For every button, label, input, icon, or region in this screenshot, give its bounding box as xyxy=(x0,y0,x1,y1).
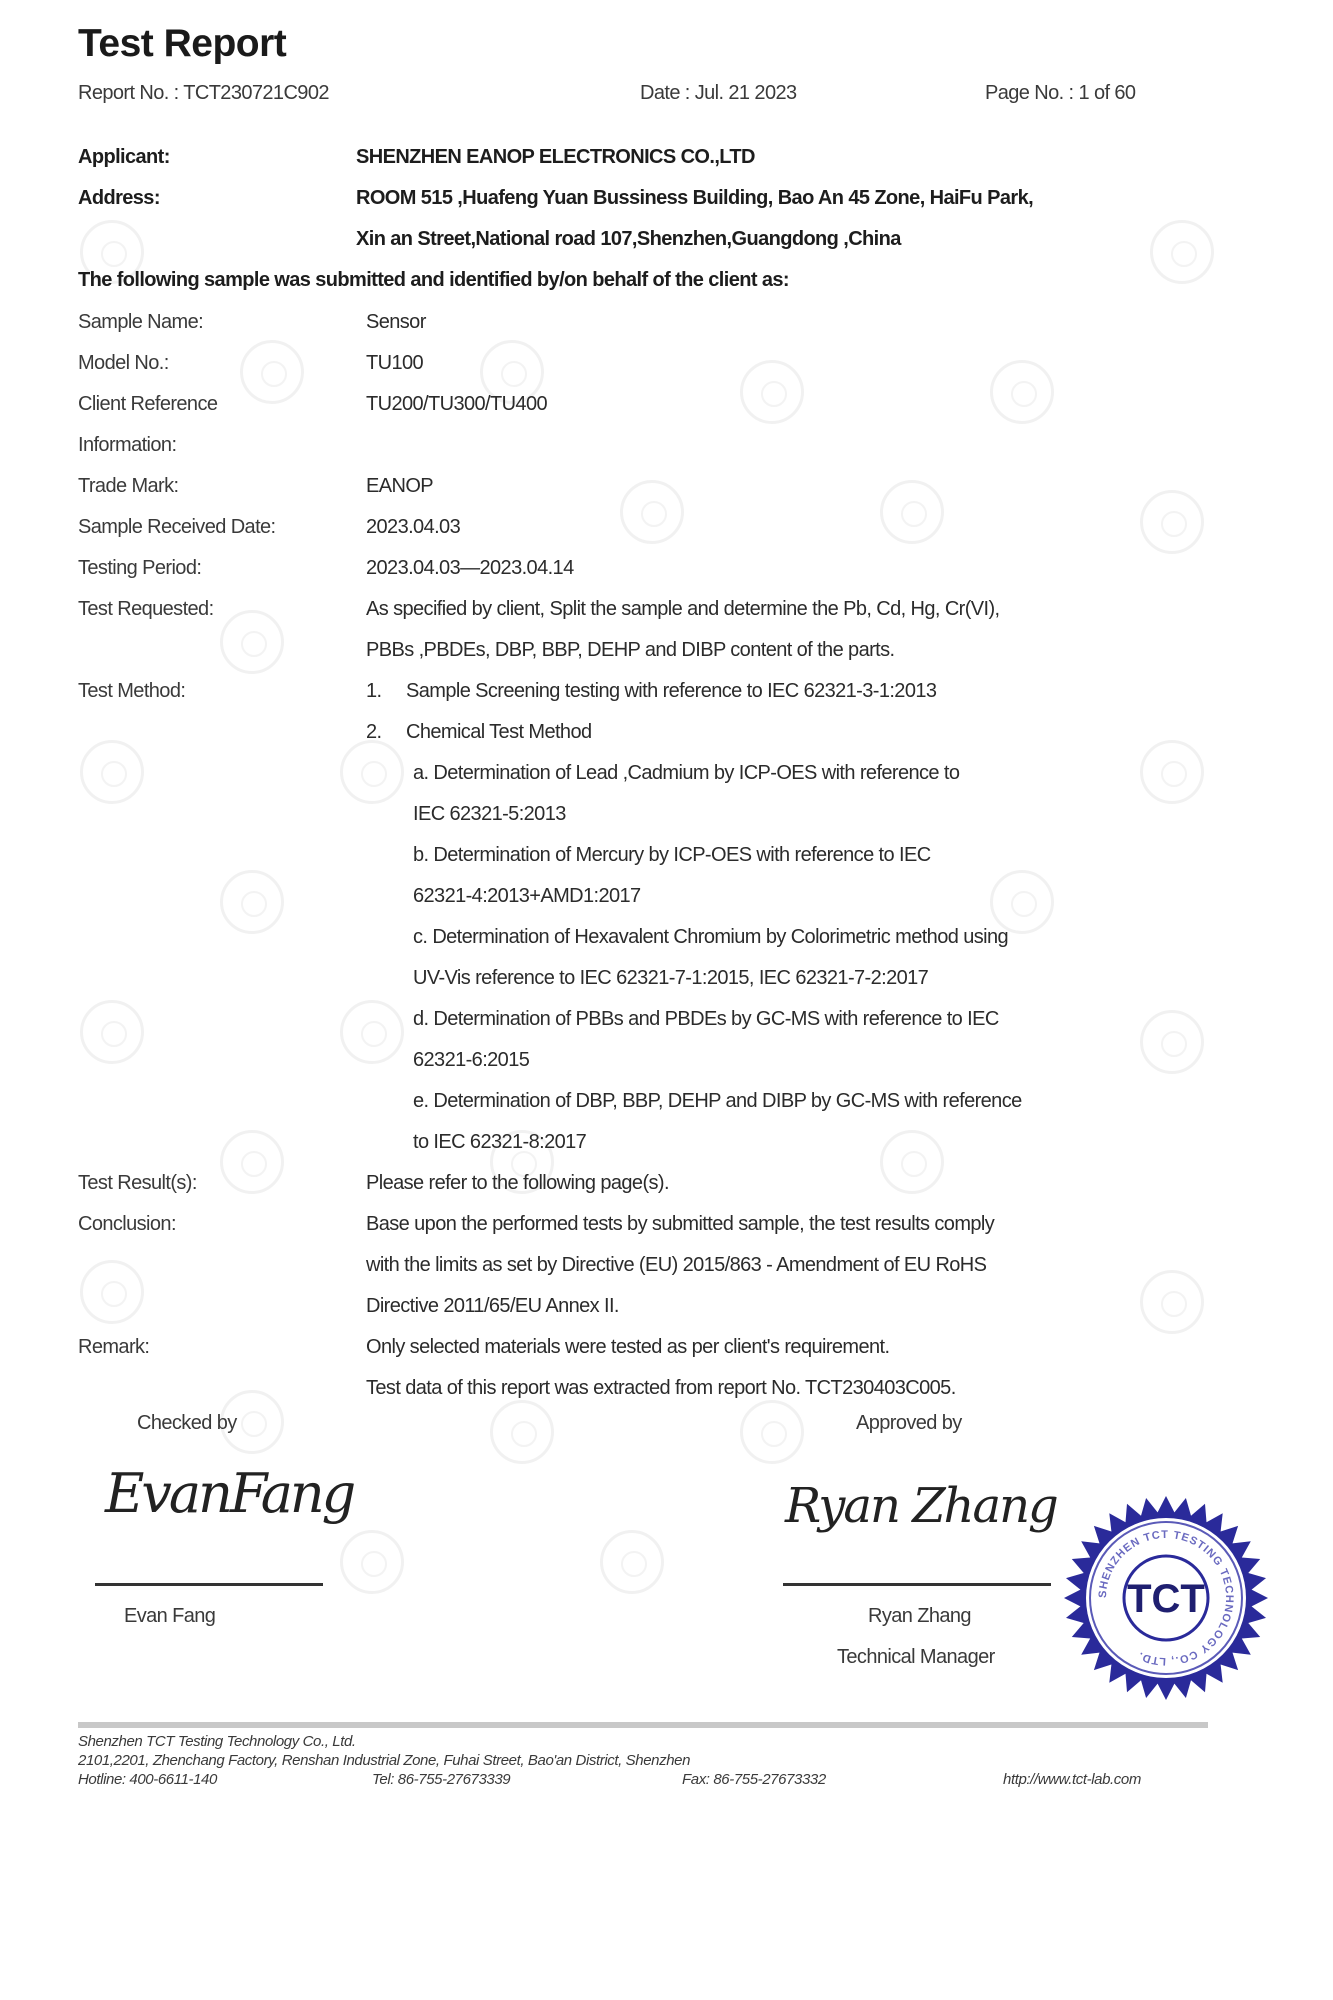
tct-seal-icon: SHENZHEN TCT TESTING TECHNOLOGY CO., LTD… xyxy=(1063,1495,1269,1701)
method-item-1-number: 1. xyxy=(366,671,381,712)
field-value: 2023.04.03—2023.04.14 xyxy=(366,548,1266,589)
footer-fax: Fax: 86-755-27673332 xyxy=(682,1771,826,1788)
date-value: Jul. 21 2023 xyxy=(695,82,797,104)
conclusion-label: Conclusion: xyxy=(78,1204,176,1245)
approved-by-title: Technical Manager xyxy=(837,1646,995,1669)
checked-by-signature: EvanFang xyxy=(105,1462,353,1525)
report-number-label: Report No. : xyxy=(78,82,179,104)
field-label: Client Reference xyxy=(78,384,217,425)
checked-by-signature-line xyxy=(95,1583,323,1586)
page-value: 1 of 60 xyxy=(1078,82,1135,104)
page-number: Page No. : 1 of 60 xyxy=(985,82,1135,105)
approved-by-label: Approved by xyxy=(856,1412,962,1435)
field-label: Sample Received Date: xyxy=(78,507,276,548)
method-sub-e-line-1: e. Determination of DBP, BBP, DEHP and D… xyxy=(413,1081,1022,1122)
address-line-2: Xin an Street,National road 107,Shenzhen… xyxy=(356,219,1256,260)
field-value: 2023.04.03 xyxy=(366,507,1266,548)
test-report-page: Test Report Report No. : TCT230721C902 D… xyxy=(0,0,1333,2000)
footer-divider xyxy=(78,1722,1208,1728)
test-method-label: Test Method: xyxy=(78,671,185,712)
remark-label: Remark: xyxy=(78,1327,149,1368)
approved-by-signature-line xyxy=(783,1583,1051,1586)
date-label: Date : xyxy=(640,82,690,104)
remark-line-1: Only selected materials were tested as p… xyxy=(366,1327,1266,1368)
applicant-value: SHENZHEN EANOP ELECTRONICS CO.,LTD xyxy=(356,137,1256,178)
conclusion-line-3: Directive 2011/65/EU Annex II. xyxy=(366,1286,1266,1327)
seal-text: TCT xyxy=(1127,1577,1205,1621)
test-requested-line-1: As specified by client, Split the sample… xyxy=(366,589,1266,630)
applicant-label: Applicant: xyxy=(78,137,170,178)
report-number: Report No. : TCT230721C902 xyxy=(78,82,329,105)
method-item-1: Sample Screening testing with reference … xyxy=(406,671,936,712)
test-results-label: Test Result(s): xyxy=(78,1163,197,1204)
field-label: Testing Period: xyxy=(78,548,201,589)
report-date: Date : Jul. 21 2023 xyxy=(640,82,797,105)
test-requested-line-2: PBBs ,PBDEs, DBP, BBP, DEHP and DIBP con… xyxy=(366,630,1266,671)
remark-line-2: Test data of this report was extracted f… xyxy=(366,1368,1266,1409)
method-sub-c-line-1: c. Determination of Hexavalent Chromium … xyxy=(413,917,1008,958)
address-label: Address: xyxy=(78,178,160,219)
footer-address: 2101,2201, Zhenchang Factory, Renshan In… xyxy=(78,1752,690,1769)
field-value: TU200/TU300/TU400 xyxy=(366,384,1266,425)
field-label: Model No.: xyxy=(78,343,169,384)
method-item-2-number: 2. xyxy=(366,712,381,753)
method-item-2: Chemical Test Method xyxy=(406,712,592,753)
method-sub-a-line-1: a. Determination of Lead ,Cadmium by ICP… xyxy=(413,753,959,794)
sample-intro: The following sample was submitted and i… xyxy=(78,269,789,292)
method-sub-a-line-2: IEC 62321-5:2013 xyxy=(413,794,566,835)
footer-website-link[interactable]: http://www.tct-lab.com xyxy=(1003,1771,1141,1788)
method-sub-b-line-1: b. Determination of Mercury by ICP-OES w… xyxy=(413,835,931,876)
field-value: EANOP xyxy=(366,466,1266,507)
checked-by-name: Evan Fang xyxy=(124,1605,215,1628)
test-requested-label: Test Requested: xyxy=(78,589,214,630)
field-label: Trade Mark: xyxy=(78,466,178,507)
method-sub-e-line-2: to IEC 62321-8:2017 xyxy=(413,1122,586,1163)
footer-company: Shenzhen TCT Testing Technology Co., Ltd… xyxy=(78,1733,356,1750)
method-sub-b-line-2: 62321-4:2013+AMD1:2017 xyxy=(413,876,641,917)
approved-by-signature: Ryan Zhang xyxy=(785,1478,1057,1534)
test-results-value: Please refer to the following page(s). xyxy=(366,1163,1266,1204)
field-label: Sample Name: xyxy=(78,302,203,343)
method-sub-d-line-1: d. Determination of PBBs and PBDEs by GC… xyxy=(413,999,999,1040)
field-label: Information: xyxy=(78,425,176,466)
conclusion-line-2: with the limits as set by Directive (EU)… xyxy=(366,1245,1266,1286)
field-value: Sensor xyxy=(366,302,1266,343)
report-number-value: TCT230721C902 xyxy=(183,82,329,104)
conclusion-line-1: Base upon the performed tests by submitt… xyxy=(366,1204,1266,1245)
page-label: Page No. : xyxy=(985,82,1074,104)
method-sub-d-line-2: 62321-6:2015 xyxy=(413,1040,529,1081)
approved-by-name: Ryan Zhang xyxy=(868,1605,971,1628)
checked-by-label: Checked by xyxy=(137,1412,237,1435)
method-sub-c-line-2: UV-Vis reference to IEC 62321-7-1:2015, … xyxy=(413,958,928,999)
footer-tel: Tel: 86-755-27673339 xyxy=(372,1771,510,1788)
field-value: TU100 xyxy=(366,343,1266,384)
footer-hotline: Hotline: 400-6611-140 xyxy=(78,1771,217,1788)
address-line-1: ROOM 515 ,Huafeng Yuan Bussiness Buildin… xyxy=(356,178,1256,219)
report-title: Test Report xyxy=(78,22,286,66)
